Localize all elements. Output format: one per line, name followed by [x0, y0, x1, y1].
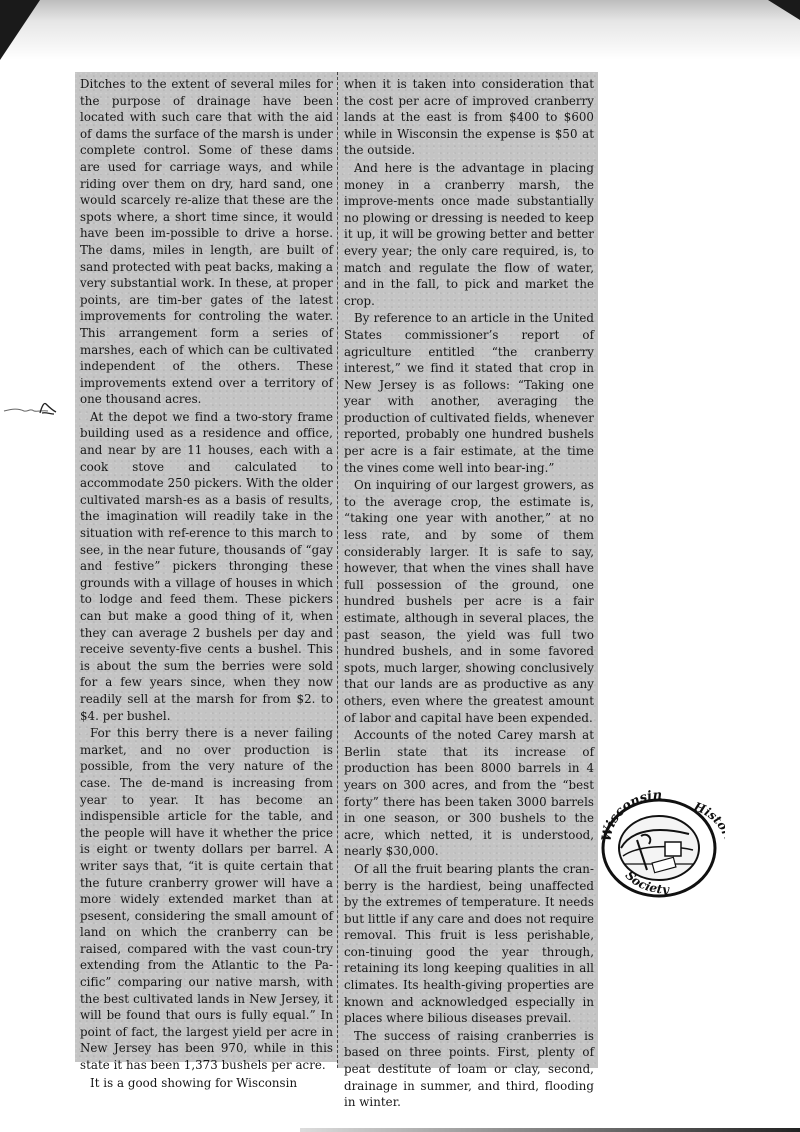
wisconsin-historical-society-stamp: Wisconsin Historical Society — [597, 790, 725, 902]
paragraph: And here is the advantage in placing mon… — [344, 160, 594, 309]
paragraph: By reference to an article in the United… — [344, 310, 594, 476]
article-column-left: Ditches to the extent of several miles f… — [75, 72, 337, 1062]
scan-top-shadow — [0, 0, 800, 60]
paragraph: It is a good showing for Wisconsin — [80, 1075, 333, 1092]
paragraph: The success of raising cranberries is ba… — [344, 1028, 594, 1111]
article-column-right: when it is taken into consideration that… — [337, 72, 598, 1068]
handwritten-arrow-icon — [2, 398, 60, 420]
paragraph: Of all the fruit bearing plants the cran… — [344, 861, 594, 1027]
paragraph: Ditches to the extent of several miles f… — [80, 76, 333, 408]
scan-bottom-edge — [300, 1128, 800, 1132]
paragraph: On inquiring of our largest growers, as … — [344, 477, 594, 726]
society-seal-icon: Wisconsin Historical Society — [597, 790, 725, 902]
paragraph: when it is taken into consideration that… — [344, 76, 594, 159]
paragraph: Accounts of the noted Carey marsh at Ber… — [344, 727, 594, 860]
paragraph: At the depot we find a two-story frame b… — [80, 409, 333, 724]
paragraph: For this berry there is a never failing … — [80, 725, 333, 1073]
